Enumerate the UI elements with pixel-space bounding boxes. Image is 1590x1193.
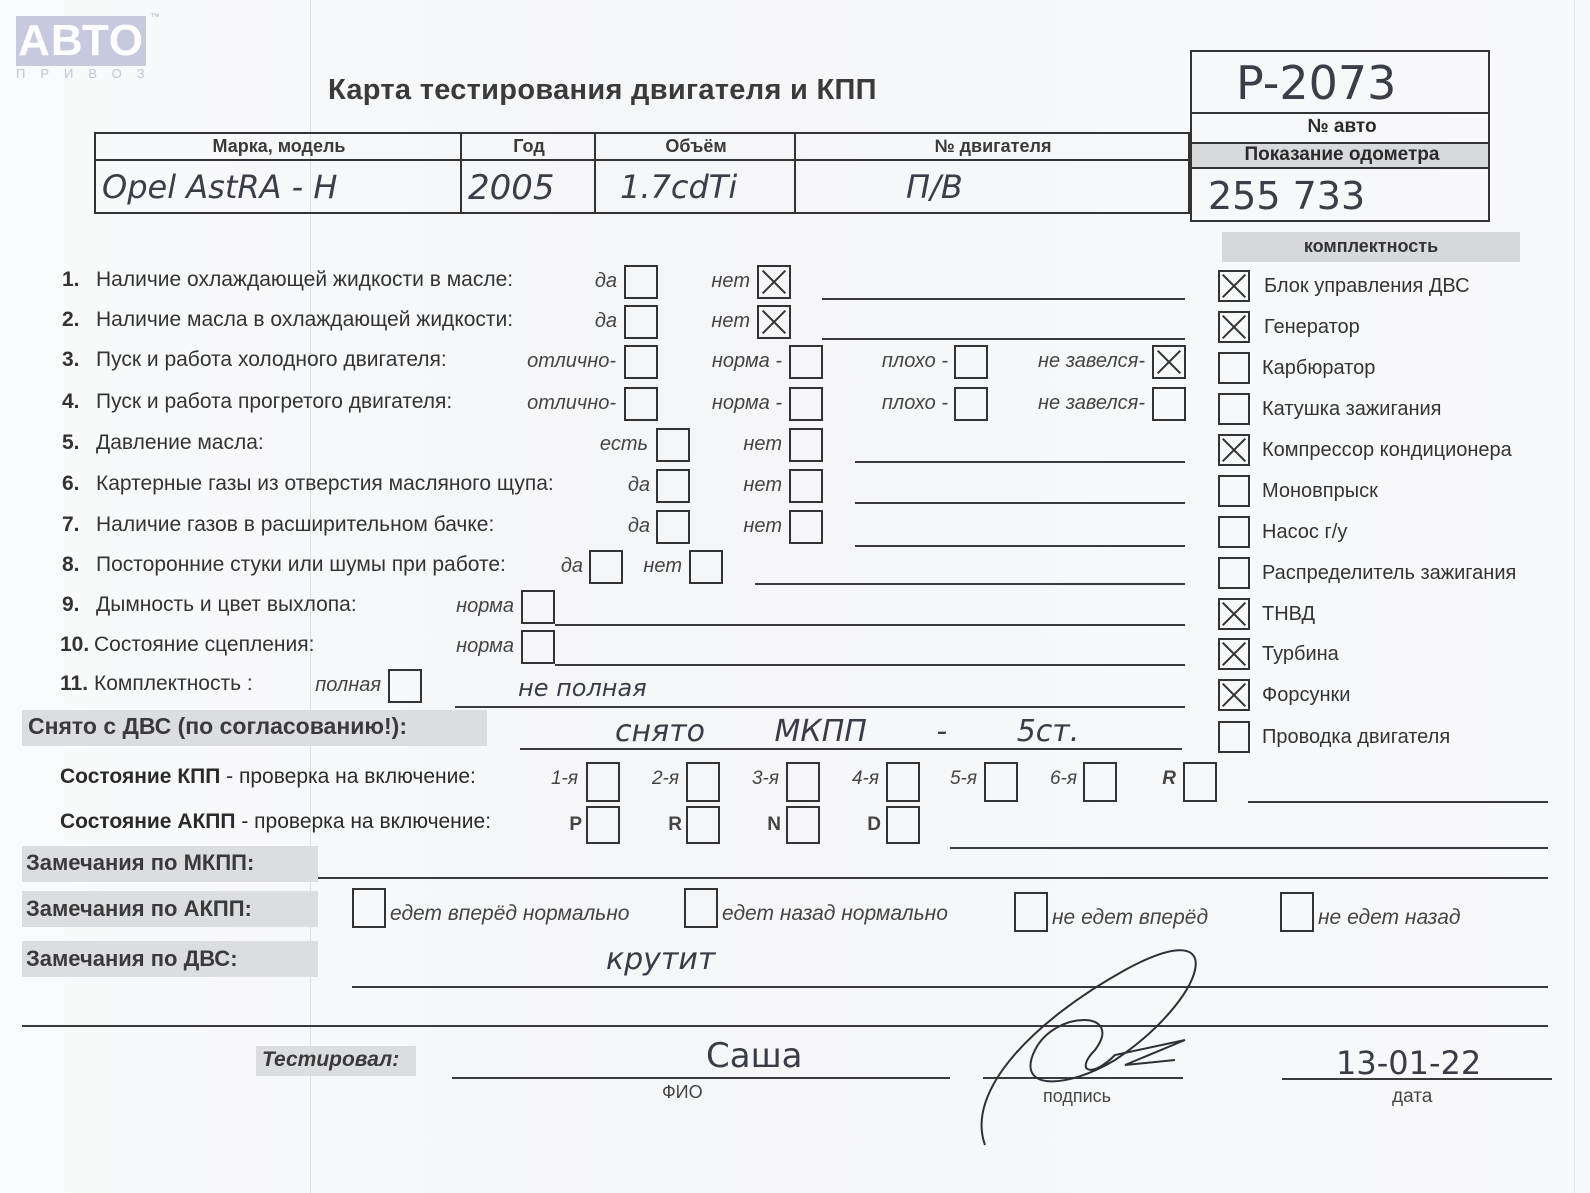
question-note-line[interactable] — [555, 664, 1185, 666]
option-label: плохо - — [882, 392, 948, 415]
completeness-checkbox[interactable] — [1218, 311, 1250, 343]
option-label: есть — [600, 433, 648, 456]
gear-checkbox[interactable] — [586, 806, 620, 844]
completeness-checkbox[interactable] — [1218, 557, 1250, 589]
odometer-value[interactable]: 255 733 — [1208, 174, 1365, 218]
car-number-label: № авто — [1192, 116, 1492, 138]
vehicle-id-box: P-2073 № авто Показание одометра 255 733 — [1190, 50, 1490, 222]
manual-gearbox-label-rest: - проверка на включение: — [220, 765, 476, 788]
question-row: 8.Посторонние стуки или шумы при работе: — [62, 553, 506, 577]
gear-label: N — [767, 814, 781, 836]
question-row: 7.Наличие газов в расширительном бачке: — [62, 513, 494, 537]
gear-label: 4-я — [852, 768, 879, 790]
auto-gearbox-note-line — [950, 847, 1548, 849]
tester-name-value[interactable]: Саша — [706, 1036, 803, 1076]
completeness-checkbox[interactable] — [1218, 721, 1250, 753]
completeness-item-label: Распределитель зажигания — [1262, 562, 1516, 585]
completeness-item-label: Карбюратор — [1262, 357, 1375, 380]
manual-gearbox-note-line — [1248, 801, 1548, 803]
question-note-line[interactable] — [855, 502, 1185, 504]
option-checkbox[interactable] — [789, 469, 823, 503]
car-number-value[interactable]: P-2073 — [1236, 56, 1396, 110]
question-note-line[interactable] — [755, 583, 1185, 585]
option-checkbox[interactable] — [624, 305, 658, 339]
gear-checkbox[interactable] — [984, 762, 1018, 802]
question-number: 5. — [62, 431, 96, 455]
option-checkbox[interactable] — [624, 265, 658, 299]
question-number: 6. — [62, 472, 96, 496]
option-checkbox[interactable] — [789, 387, 823, 421]
option-label: да — [595, 310, 617, 333]
completeness-item-label: Блок управления ДВС — [1264, 275, 1470, 298]
question-number: 7. — [62, 513, 96, 537]
engine-no-header: № двигателя — [796, 136, 1190, 157]
option-checkbox[interactable] — [1152, 345, 1186, 379]
akpp-remark-label: едет назад нормально — [722, 902, 948, 926]
remarks-extra-line — [22, 1025, 1548, 1027]
question-text: Состояние сцепления: — [94, 633, 314, 656]
question-number: 1. — [62, 268, 96, 292]
date-caption: дата — [1392, 1086, 1432, 1108]
completeness-checkbox[interactable] — [1218, 516, 1250, 548]
gear-label: R — [1162, 768, 1176, 790]
volume-value[interactable]: 1.7cdTi — [620, 168, 737, 206]
question-note-line[interactable] — [822, 338, 1185, 340]
akpp-remark-label: едет вперёд нормально — [390, 902, 629, 926]
gear-checkbox[interactable] — [1183, 762, 1217, 802]
question-row: 10.Состояние сцепления: — [60, 633, 314, 657]
completeness-header: комплектность — [1222, 236, 1520, 257]
gear-checkbox[interactable] — [786, 762, 820, 802]
option-label: не завелся- — [1038, 392, 1145, 415]
completeness-item-label: Проводка двигателя — [1262, 726, 1450, 749]
question-text: Дымность и цвет выхлопа: — [96, 593, 357, 616]
completeness-item-label: Генератор — [1264, 316, 1360, 339]
question-text: Наличие охлаждающей жидкости в масле: — [96, 268, 513, 291]
question-note-line[interactable] — [822, 298, 1185, 300]
odometer-label: Показание одометра — [1192, 144, 1492, 166]
completeness-item-label: Компрессор кондиционера — [1262, 439, 1512, 462]
akpp-remark-checkbox[interactable] — [352, 888, 386, 928]
completeness-checkbox[interactable] — [1218, 393, 1250, 425]
gear-label: D — [867, 814, 881, 836]
question-text: Комплектность : — [94, 672, 253, 695]
completeness-checkbox[interactable] — [1218, 475, 1250, 507]
option-checkbox[interactable] — [757, 265, 791, 299]
dvs-remarks-label: Замечания по ДВС: — [26, 946, 238, 972]
akpp-remark-checkbox[interactable] — [684, 888, 718, 928]
option-label: нет — [743, 474, 782, 497]
gear-checkbox[interactable] — [786, 806, 820, 844]
option-checkbox[interactable] — [589, 550, 623, 584]
question-row: 6.Картерные газы из отверстия масляного … — [62, 472, 554, 496]
option-checkbox[interactable] — [757, 305, 791, 339]
option-label: отлично- — [527, 392, 616, 415]
engine-no-value[interactable]: П/В — [906, 168, 963, 206]
akpp-remarks-label: Замечания по АКПП: — [26, 896, 252, 922]
gear-checkbox[interactable] — [586, 762, 620, 802]
completeness-item-label: Насос г/у — [1262, 521, 1347, 544]
completeness-item-label: Катушка зажигания — [1262, 398, 1442, 421]
completeness-checkbox[interactable] — [1218, 598, 1250, 630]
option-label: да — [561, 555, 583, 578]
option-checkbox[interactable] — [789, 345, 823, 379]
gear-label: 6-я — [1050, 768, 1077, 790]
gear-label: P — [569, 814, 582, 836]
option-checkbox[interactable] — [954, 345, 988, 379]
question-text: Наличие газов в расширительном бачке: — [96, 513, 494, 536]
completeness-item-label: Форсунки — [1262, 684, 1350, 707]
mkpp-remarks-label: Замечания по МКПП: — [26, 850, 254, 876]
removed-value[interactable]: снято МКПП - 5ст. — [615, 714, 1079, 749]
option-label: нет — [743, 515, 782, 538]
question-row: 3.Пуск и работа холодного двигателя: — [62, 348, 447, 372]
question-number: 4. — [62, 390, 96, 414]
question-text: Давление масла: — [96, 431, 264, 454]
gear-checkbox[interactable] — [686, 806, 720, 844]
option-label: да — [595, 270, 617, 293]
option-checkbox[interactable] — [1152, 387, 1186, 421]
gear-label: R — [668, 814, 682, 836]
dvs-remarks-value[interactable]: крутит — [606, 942, 715, 977]
auto-gearbox-label-bold: Состояние АКПП — [60, 810, 236, 833]
option-label: норма - — [712, 392, 782, 415]
completeness-item-label: ТНВД — [1262, 603, 1315, 626]
question-row: 11.Комплектность : — [60, 672, 253, 696]
brand-logo: АВТО — [16, 16, 146, 66]
question-text: Пуск и работа прогретого двигателя: — [96, 390, 452, 413]
option-label: норма - — [712, 350, 782, 373]
vehicle-table: Марка, модель Год Объём № двигателя Opel… — [94, 132, 1190, 214]
question-note-line[interactable] — [855, 461, 1185, 463]
akpp-remark-checkbox[interactable] — [1014, 892, 1048, 932]
option-label: не завелся- — [1038, 350, 1145, 373]
option-label: отлично- — [527, 350, 616, 373]
completeness-checkbox[interactable] — [1218, 638, 1250, 670]
dvs-remarks-line — [352, 986, 1548, 988]
fold-line — [1574, 0, 1575, 1193]
akpp-remark-label: не едет вперёд — [1052, 906, 1208, 930]
gear-label: 3-я — [752, 768, 779, 790]
question-text: Наличие масла в охлаждающей жидкости: — [96, 308, 513, 331]
completeness-checkbox[interactable] — [1218, 679, 1250, 711]
completeness-item-label: Турбина — [1262, 643, 1339, 666]
question-row: 2.Наличие масла в охлаждающей жидкости: — [62, 308, 513, 332]
option-checkbox[interactable] — [954, 387, 988, 421]
gear-label: 2-я — [652, 768, 679, 790]
gear-checkbox[interactable] — [886, 762, 920, 802]
name-caption: ФИО — [662, 1082, 703, 1103]
question-row: 4.Пуск и работа прогретого двигателя: — [62, 390, 452, 414]
option-checkbox[interactable] — [789, 428, 823, 462]
question-row: 1.Наличие охлаждающей жидкости в масле: — [62, 268, 513, 292]
option-label: нет — [711, 310, 750, 333]
page-title: Карта тестирования двигателя и КПП — [328, 74, 877, 107]
manual-gearbox-label: Состояние КПП - проверка на включение: — [60, 765, 476, 789]
akpp-remark-label: не едет назад — [1318, 906, 1460, 930]
option-label: нет — [711, 270, 750, 293]
make-model-value[interactable]: Opel AstRA - H — [102, 168, 337, 206]
volume-header: Объём — [596, 136, 796, 157]
completeness-checkbox[interactable] — [1218, 434, 1250, 466]
year-header: Год — [462, 136, 596, 157]
question-note-line[interactable] — [555, 624, 1185, 626]
option-label: плохо - — [882, 350, 948, 373]
question-number: 10. — [60, 633, 94, 657]
question-text: Пуск и работа холодного двигателя: — [96, 348, 447, 371]
completeness-checkbox[interactable] — [1218, 352, 1250, 384]
question-number: 8. — [62, 553, 96, 577]
make-model-header: Марка, модель — [96, 136, 462, 157]
year-value[interactable]: 2005 — [468, 168, 555, 208]
question-text: Картерные газы из отверстия масляного щу… — [96, 472, 554, 495]
question-number: 9. — [62, 593, 96, 617]
option-checkbox[interactable] — [789, 510, 823, 544]
option-label: норма — [456, 595, 514, 618]
gear-label: 1-я — [551, 768, 578, 790]
option-checkbox[interactable] — [689, 550, 723, 584]
option-checkbox[interactable] — [656, 510, 690, 544]
option-checkbox[interactable] — [521, 590, 555, 624]
name-line — [452, 1077, 950, 1079]
option-checkbox[interactable] — [388, 669, 422, 703]
option-label: да — [628, 474, 650, 497]
question-row: 5.Давление масла: — [62, 431, 264, 455]
date-value[interactable]: 13-01-22 — [1336, 1044, 1481, 1082]
completeness-note-line — [455, 706, 1185, 708]
completeness-checkbox[interactable] — [1218, 270, 1250, 302]
gear-label: 5-я — [950, 768, 977, 790]
question-note-line[interactable] — [855, 545, 1185, 547]
option-checkbox[interactable] — [656, 469, 690, 503]
gear-checkbox[interactable] — [1083, 762, 1117, 802]
option-label: нет — [643, 555, 682, 578]
auto-gearbox-label: Состояние АКПП - проверка на включение: — [60, 810, 491, 834]
question-text: Посторонние стуки или шумы при работе: — [96, 553, 506, 576]
option-checkbox[interactable] — [521, 630, 555, 664]
option-label: нет — [743, 433, 782, 456]
gear-checkbox[interactable] — [686, 762, 720, 802]
mkpp-remarks-line[interactable] — [318, 877, 1548, 879]
option-label: да — [628, 515, 650, 538]
gear-checkbox[interactable] — [886, 806, 920, 844]
signature-scribble-icon[interactable] — [975, 940, 1215, 1155]
question-number: 2. — [62, 308, 96, 332]
brand-logo-subtitle: ПРИВОЗ — [16, 66, 160, 81]
question-row: 9.Дымность и цвет выхлопа: — [62, 593, 357, 617]
manual-gearbox-label-bold: Состояние КПП — [60, 765, 220, 788]
removed-label: Снято с ДВС (по согласованию!): — [28, 713, 407, 740]
trademark-mark: ™ — [150, 12, 160, 23]
akpp-remark-checkbox[interactable] — [1280, 892, 1314, 932]
auto-gearbox-label-rest: - проверка на включение: — [236, 810, 492, 833]
completeness-note-value[interactable]: не полная — [518, 674, 647, 702]
option-checkbox[interactable] — [624, 345, 658, 379]
tested-label: Тестировал: — [262, 1048, 399, 1072]
option-label: полная — [315, 674, 381, 697]
option-checkbox[interactable] — [624, 387, 658, 421]
question-number: 3. — [62, 348, 96, 372]
question-number: 11. — [60, 672, 94, 696]
option-checkbox[interactable] — [656, 428, 690, 462]
option-label: норма — [456, 635, 514, 658]
completeness-item-label: Моновпрыск — [1262, 480, 1378, 503]
